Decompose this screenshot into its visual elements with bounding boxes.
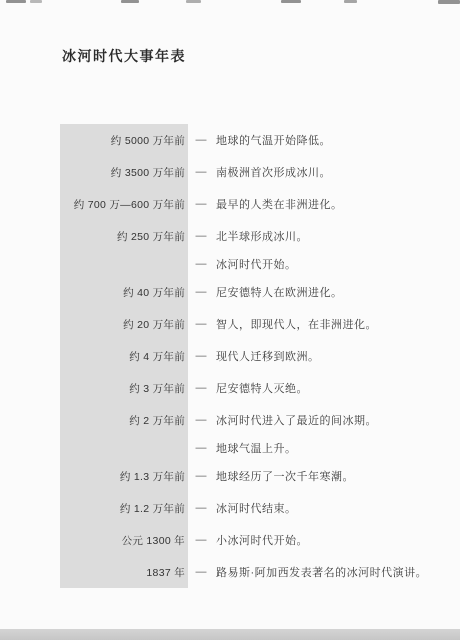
timeline-dash: —: [192, 258, 210, 270]
timeline-date: 约 1.3 万年前: [60, 460, 188, 492]
timeline-dash: —: [192, 198, 210, 210]
page-bottom-edge: [0, 629, 460, 640]
timeline-row: 约 5000 万年前—地球的气温开始降低。: [60, 124, 427, 156]
timeline-event: 地球的气温开始降低。: [210, 132, 331, 148]
timeline-dash: —: [192, 318, 210, 330]
timeline: 约 5000 万年前—地球的气温开始降低。约 3500 万年前—南极洲首次形成冰…: [60, 124, 427, 588]
page-edge-artifact: [186, 0, 201, 3]
timeline-dash: —: [192, 414, 210, 426]
timeline-row: 约 250 万年前—北半球形成冰川。: [60, 220, 427, 252]
timeline-date: [60, 436, 188, 460]
timeline-row: 约 2 万年前—冰河时代进入了最近的间冰期。: [60, 404, 427, 436]
timeline-row: 约 40 万年前—尼安德特人在欧洲进化。: [60, 276, 427, 308]
timeline-date: 约 20 万年前: [60, 308, 188, 340]
timeline-row: 约 1.3 万年前—地球经历了一次千年寒潮。: [60, 460, 427, 492]
timeline-event: 现代人迁移到欧洲。: [210, 348, 320, 364]
timeline-date: 约 700 万—600 万年前: [60, 188, 188, 220]
timeline-dash: —: [192, 166, 210, 178]
timeline-date: 约 4 万年前: [60, 340, 188, 372]
timeline-dash: —: [192, 286, 210, 298]
page-edge-artifact: [121, 0, 139, 3]
timeline-event: 北半球形成冰川。: [210, 228, 308, 244]
timeline-dash: —: [192, 470, 210, 482]
timeline-dash: —: [192, 566, 210, 578]
timeline-row: 约 4 万年前—现代人迁移到欧洲。: [60, 340, 427, 372]
timeline-date: 公元 1300 年: [60, 524, 188, 556]
timeline-date: 约 250 万年前: [60, 220, 188, 252]
timeline-dash: —: [192, 502, 210, 514]
page-edge-artifact: [281, 0, 301, 3]
timeline-event: 尼安德特人灭绝。: [210, 380, 308, 396]
timeline-event: 冰河时代结束。: [210, 500, 297, 516]
timeline-date: 约 1.2 万年前: [60, 492, 188, 524]
timeline-dash: —: [192, 350, 210, 362]
timeline-event: 路易斯·阿加西发表著名的冰河时代演讲。: [210, 564, 427, 580]
timeline-dash: —: [192, 230, 210, 242]
page-edge-artifact: [438, 0, 460, 4]
page-edge-artifact: [30, 0, 42, 3]
timeline-date: 约 2 万年前: [60, 404, 188, 436]
timeline-dash: —: [192, 382, 210, 394]
timeline-date: 约 40 万年前: [60, 276, 188, 308]
timeline-date: 约 5000 万年前: [60, 124, 188, 156]
timeline-row: 约 20 万年前—智人，即现代人，在非洲进化。: [60, 308, 427, 340]
timeline-dash: —: [192, 134, 210, 146]
timeline-row: —地球气温上升。: [60, 436, 427, 460]
timeline-date: 约 3500 万年前: [60, 156, 188, 188]
timeline-row: 约 3 万年前—尼安德特人灭绝。: [60, 372, 427, 404]
timeline-event: 冰河时代开始。: [210, 256, 297, 272]
timeline-date: [60, 252, 188, 276]
timeline-event: 地球经历了一次千年寒潮。: [210, 468, 354, 484]
timeline-event: 小冰河时代开始。: [210, 532, 308, 548]
timeline-date: 约 3 万年前: [60, 372, 188, 404]
page-title: 冰河时代大事年表: [62, 46, 186, 66]
timeline-row: 约 700 万—600 万年前—最早的人类在非洲进化。: [60, 188, 427, 220]
timeline-row: 1837 年—路易斯·阿加西发表著名的冰河时代演讲。: [60, 556, 427, 588]
timeline-event: 智人，即现代人，在非洲进化。: [210, 316, 377, 332]
timeline-date: 1837 年: [60, 556, 188, 588]
timeline-event: 尼安德特人在欧洲进化。: [210, 284, 343, 300]
timeline-event: 最早的人类在非洲进化。: [210, 196, 343, 212]
timeline-row: 公元 1300 年—小冰河时代开始。: [60, 524, 427, 556]
page-edge-artifact: [344, 0, 357, 3]
timeline-event: 冰河时代进入了最近的间冰期。: [210, 412, 377, 428]
timeline-dash: —: [192, 534, 210, 546]
timeline-row: 约 1.2 万年前—冰河时代结束。: [60, 492, 427, 524]
timeline-event: 地球气温上升。: [210, 440, 297, 456]
timeline-row: —冰河时代开始。: [60, 252, 427, 276]
timeline-dash: —: [192, 442, 210, 454]
timeline-event: 南极洲首次形成冰川。: [210, 164, 331, 180]
page-edge-artifact: [6, 0, 26, 3]
timeline-row: 约 3500 万年前—南极洲首次形成冰川。: [60, 156, 427, 188]
